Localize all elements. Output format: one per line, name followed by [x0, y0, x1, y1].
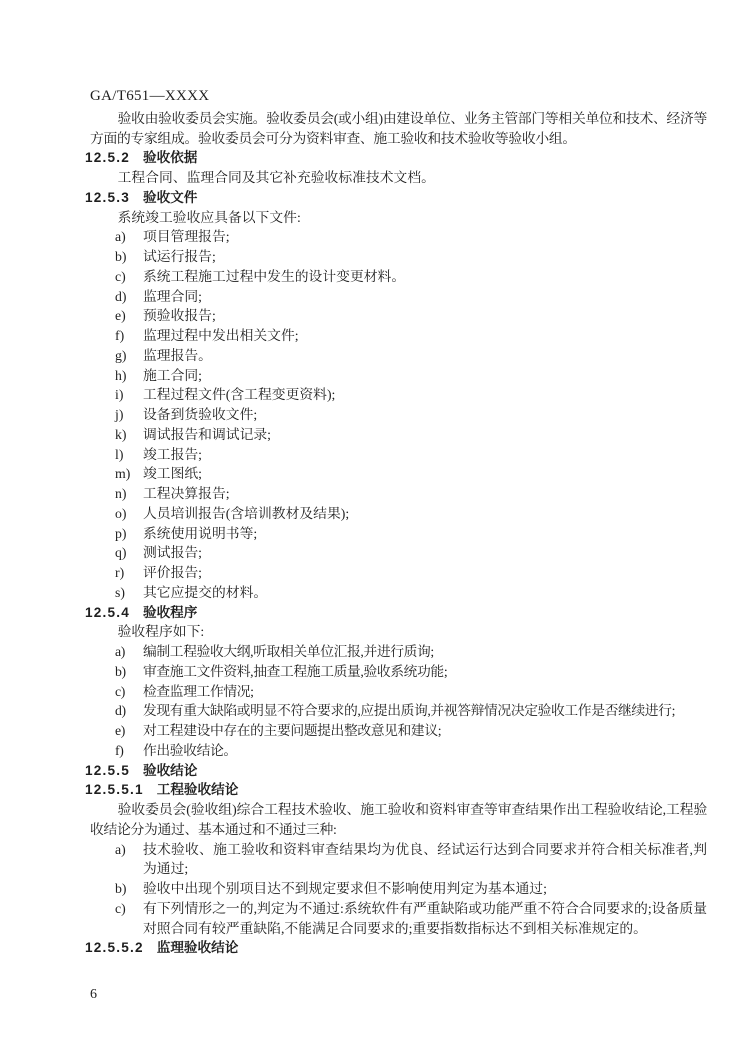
list-item: s)其它应提交的材料。	[90, 583, 707, 603]
list-item: c)系统工程施工过程中发生的设计变更材料。	[90, 267, 707, 287]
list-item-label: i)	[115, 385, 123, 405]
list-item-label: n)	[115, 484, 127, 504]
list-item: g)监理报告。	[90, 346, 707, 366]
list-item-text: 工程决算报告;	[143, 486, 230, 501]
list-item-label: o)	[115, 504, 127, 524]
list-item-label: d)	[115, 701, 126, 721]
list-item: b)验收中出现个别项目达不到规定要求但不影响使用判定为基本通过;	[90, 879, 707, 899]
list-item-text: 工程过程文件(含工程变更资料);	[143, 387, 335, 402]
page-number: 6	[90, 987, 97, 1003]
list-item: n)工程决算报告;	[90, 484, 707, 504]
list-item: f)作出验收结论。	[90, 741, 707, 761]
section-title: 验收依据	[143, 150, 197, 165]
list-item: i)工程过程文件(含工程变更资料);	[90, 385, 707, 405]
list-item-text: 测试报告;	[143, 545, 202, 560]
list-item-text: 评价报告;	[143, 565, 202, 580]
list-item-text: 作出验收结论。	[143, 743, 237, 758]
document-page: GA/T651—XXXX 验收由验收委员会实施。验收委员会(或小组)由建设单位、…	[0, 0, 750, 1060]
list-item: a)项目管理报告;	[90, 227, 707, 247]
section-title: 验收结论	[143, 763, 197, 778]
list-item-label: l)	[115, 445, 123, 465]
list-item-text: 竣工报告;	[143, 447, 202, 462]
list-item-text: 发现有重大缺陷或明显不符合要求的,应提出质询,并视答辩情况决定验收工作是否继续进…	[143, 703, 675, 718]
list-item-label: a)	[115, 840, 126, 860]
list-item-label: r)	[115, 563, 124, 583]
list-item-label: f)	[115, 741, 123, 761]
list-item: q)测试报告;	[90, 543, 707, 563]
list-item: a)编制工程验收大纲,听取相关单位汇报,并进行质询;	[90, 642, 707, 662]
list-item-text: 系统使用说明书等;	[143, 526, 257, 541]
list-item-text: 监理合同;	[143, 289, 202, 304]
list-item-label: b)	[115, 879, 127, 899]
list-item: d)发现有重大缺陷或明显不符合要求的,应提出质询,并视答辩情况决定验收工作是否继…	[90, 701, 707, 721]
list-item-label: b)	[115, 662, 126, 682]
acceptance-documents-list: a)项目管理报告; b)试运行报告; c)系统工程施工过程中发生的设计变更材料。…	[90, 227, 707, 602]
list-item: d)监理合同;	[90, 287, 707, 307]
list-item-text: 竣工图纸;	[143, 466, 202, 481]
list-item-text: 对工程建设中存在的主要问题提出整改意见和建议;	[143, 723, 441, 738]
section-title: 工程验收结论	[157, 782, 239, 797]
list-item: k)调试报告和调试记录;	[90, 425, 707, 445]
section-heading-12-5-5-2: 12.5.5.2监理验收结论	[85, 938, 707, 958]
acceptance-procedure-list: a)编制工程验收大纲,听取相关单位汇报,并进行质询; b)审查施工文件资料,抽查…	[90, 642, 707, 761]
section-title: 验收文件	[143, 190, 197, 205]
section-number: 12.5.2	[85, 150, 130, 165]
list-item: m)竣工图纸;	[90, 464, 707, 484]
list-item-label: a)	[115, 227, 126, 247]
list-item: c)检查监理工作情况;	[90, 682, 707, 702]
list-item-label: b)	[115, 247, 127, 267]
section-number: 12.5.5.2	[85, 940, 144, 955]
list-item-label: c)	[115, 899, 126, 919]
list-item-text: 预验收报告;	[143, 308, 216, 323]
list-item-label: m)	[115, 464, 130, 484]
list-item-text: 编制工程验收大纲,听取相关单位汇报,并进行质询;	[143, 644, 434, 659]
list-item-label: a)	[115, 642, 125, 662]
list-item-text: 系统工程施工过程中发生的设计变更材料。	[143, 269, 405, 284]
list-item-label: q)	[115, 543, 127, 563]
section-title: 监理验收结论	[157, 940, 239, 955]
list-item-label: p)	[115, 524, 127, 544]
list-item-label: c)	[115, 267, 126, 287]
section-number: 12.5.5.1	[85, 782, 144, 797]
section-heading-12-5-2: 12.5.2验收依据	[85, 148, 707, 168]
list-item-label: g)	[115, 346, 127, 366]
list-item-label: d)	[115, 287, 127, 307]
list-item-text: 检查监理工作情况;	[143, 684, 254, 699]
section-number: 12.5.5	[85, 763, 130, 778]
list-item: o)人员培训报告(含培训教材及结果);	[90, 504, 707, 524]
section-title: 验收程序	[143, 605, 197, 620]
list-item-text: 试运行报告;	[143, 249, 216, 264]
section-number: 12.5.3	[85, 190, 130, 205]
section-12-5-3-lead: 系统竣工验收应具备以下文件:	[90, 208, 707, 228]
section-heading-12-5-5: 12.5.5验收结论	[85, 761, 707, 781]
list-item: b)审查施工文件资料,抽查工程施工质量,验收系统功能;	[90, 662, 707, 682]
list-item: e)对工程建设中存在的主要问题提出整改意见和建议;	[90, 721, 707, 741]
section-12-5-2-body: 工程合同、监理合同及其它补充验收标准技术文档。	[90, 168, 707, 188]
list-item-text: 调试报告和调试记录;	[143, 427, 271, 442]
list-item-text: 监理过程中发出相关文件;	[143, 328, 299, 343]
list-item: f)监理过程中发出相关文件;	[90, 326, 707, 346]
section-12-5-4-lead: 验收程序如下:	[90, 622, 707, 642]
section-heading-12-5-3: 12.5.3验收文件	[85, 188, 707, 208]
list-item: b)试运行报告;	[90, 247, 707, 267]
list-item-label: h)	[115, 366, 127, 386]
list-item: r)评价报告;	[90, 563, 707, 583]
section-number: 12.5.4	[85, 605, 130, 620]
list-item-label: e)	[115, 721, 125, 741]
list-item-text: 项目管理报告;	[143, 229, 230, 244]
list-item-text: 人员培训报告(含培训教材及结果);	[143, 506, 349, 521]
document-content: GA/T651—XXXX 验收由验收委员会实施。验收委员会(或小组)由建设单位、…	[90, 87, 707, 958]
list-item-text: 设备到货验收文件;	[143, 407, 257, 422]
section-12-5-5-1-body: 验收委员会(验收组)综合工程技术验收、施工验收和资料审查等审查结果作出工程验收结…	[90, 800, 707, 840]
list-item: j)设备到货验收文件;	[90, 405, 707, 425]
list-item: c)有下列情形之一的,判定为不通过:系统软件有严重缺陷或功能严重不符合合同要求的…	[90, 899, 707, 939]
list-item: p)系统使用说明书等;	[90, 524, 707, 544]
list-item-text: 其它应提交的材料。	[143, 585, 267, 600]
list-item: a)技术验收、施工验收和资料审查结果均为优良、经试运行达到合同要求并符合相关标准…	[90, 840, 707, 880]
list-item-label: f)	[115, 326, 124, 346]
list-item-label: s)	[115, 583, 125, 603]
list-item: l)竣工报告;	[90, 445, 707, 465]
document-code-header: GA/T651—XXXX	[90, 87, 707, 107]
list-item: e)预验收报告;	[90, 306, 707, 326]
list-item-text: 技术验收、施工验收和资料审查结果均为优良、经试运行达到合同要求并符合相关标准者,…	[143, 842, 707, 877]
engineering-conclusion-list: a)技术验收、施工验收和资料审查结果均为优良、经试运行达到合同要求并符合相关标准…	[90, 840, 707, 939]
list-item-text: 施工合同;	[143, 368, 202, 383]
list-item-text: 有下列情形之一的,判定为不通过:系统软件有严重缺陷或功能严重不符合合同要求的;设…	[143, 901, 707, 936]
section-heading-12-5-5-1: 12.5.5.1工程验收结论	[85, 780, 707, 800]
list-item-label: k)	[115, 425, 127, 445]
list-item-label: e)	[115, 306, 126, 326]
list-item-label: c)	[115, 682, 125, 702]
list-item-text: 监理报告。	[143, 348, 212, 363]
list-item-label: j)	[115, 405, 123, 425]
list-item-text: 验收中出现个别项目达不到规定要求但不影响使用判定为基本通过;	[143, 881, 547, 896]
intro-paragraph: 验收由验收委员会实施。验收委员会(或小组)由建设单位、业务主管部门等相关单位和技…	[90, 109, 707, 149]
section-heading-12-5-4: 12.5.4验收程序	[85, 603, 707, 623]
list-item-text: 审查施工文件资料,抽查工程施工质量,验收系统功能;	[143, 664, 447, 679]
list-item: h)施工合同;	[90, 366, 707, 386]
